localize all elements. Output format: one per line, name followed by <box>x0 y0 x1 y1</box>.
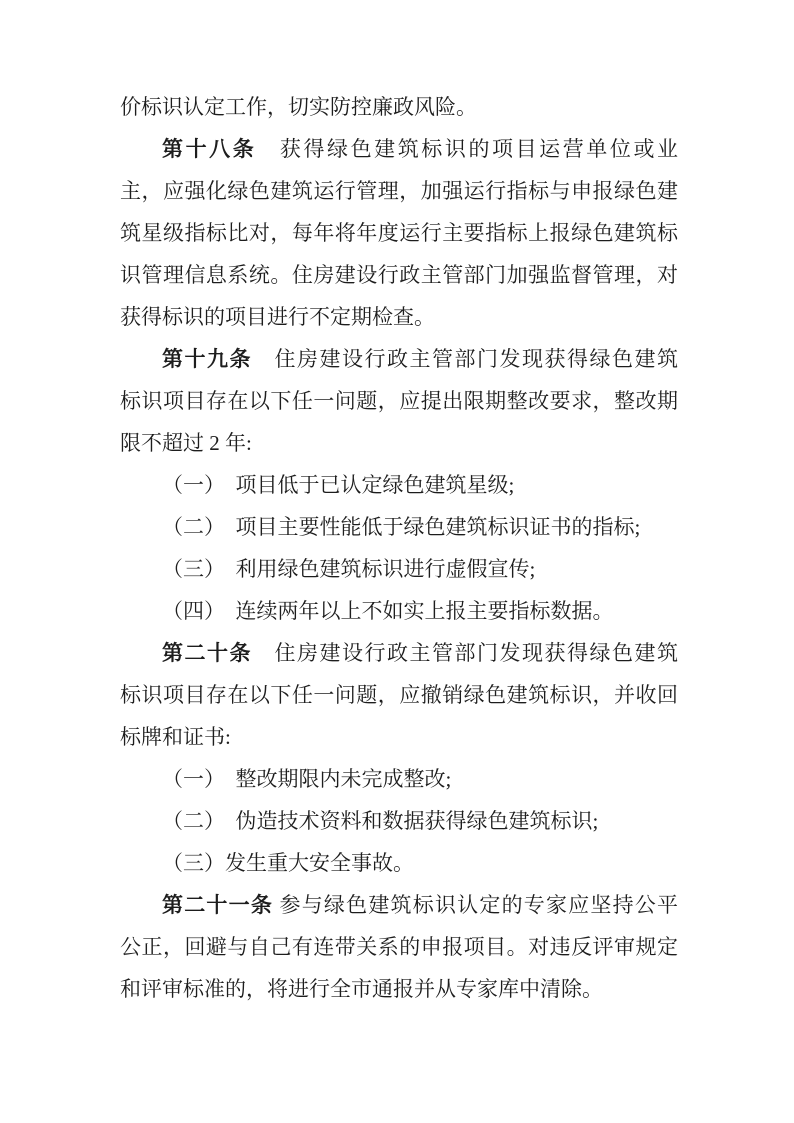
text-line: 第十九条 住房建设行政主管部门发现获得绿色建筑 <box>120 338 678 380</box>
text-line: 获得标识的项目进行不定期检查。 <box>120 296 678 338</box>
text-line: 第二十条 住房建设行政主管部门发现获得绿色建筑 <box>120 632 678 674</box>
text-line: 公正，回避与自己有连带关系的申报项目。对违反评审规定 <box>120 926 678 968</box>
text-line: （三） 利用绿色建筑标识进行虚假宣传; <box>120 548 678 590</box>
text-line: 和评审标准的，将进行全市通报并从专家库中清除。 <box>120 968 678 1010</box>
text-line: （一） 项目低于已认定绿色建筑星级; <box>120 464 678 506</box>
text-line: 标牌和证书: <box>120 716 678 758</box>
text-line: （二） 项目主要性能低于绿色建筑标识证书的指标; <box>120 506 678 548</box>
text-line: 标识项目存在以下任一问题，应提出限期整改要求，整改期 <box>120 380 678 422</box>
article-number-heading: 第十八条 <box>162 137 256 161</box>
text-line: 主，应强化绿色建筑运行管理，加强运行指标与申报绿色建 <box>120 170 678 212</box>
text-line: （四） 连续两年以上不如实上报主要指标数据。 <box>120 590 678 632</box>
article-number-heading: 第十九条 <box>162 347 252 371</box>
text-line: （一） 整改期限内未完成整改; <box>120 758 678 800</box>
text-line: 筑星级指标比对，每年将年度运行主要指标上报绿色建筑标 <box>120 212 678 254</box>
text-line: 第二十一条 参与绿色建筑标识认定的专家应坚持公平 <box>120 884 678 926</box>
document-body: 价标识认定工作，切实防控廉政风险。第十八条 获得绿色建筑标识的项目运营单位或业主… <box>120 86 678 1010</box>
text-line: （三）发生重大安全事故。 <box>120 842 678 884</box>
text-line: 限不超过 2 年: <box>120 422 678 464</box>
article-number-heading: 第二十一条 <box>162 893 273 917</box>
document-page: 价标识认定工作，切实防控廉政风险。第十八条 获得绿色建筑标识的项目运营单位或业主… <box>0 0 794 1123</box>
text-line: 标识项目存在以下任一问题，应撤销绿色建筑标识，并收回 <box>120 674 678 716</box>
text-line: （二） 伪造技术资料和数据获得绿色建筑标识; <box>120 800 678 842</box>
text-line: 第十八条 获得绿色建筑标识的项目运营单位或业 <box>120 128 678 170</box>
text-line: 价标识认定工作，切实防控廉政风险。 <box>120 86 678 128</box>
text-line: 识管理信息系统。住房建设行政主管部门加强监督管理，对 <box>120 254 678 296</box>
article-number-heading: 第二十条 <box>162 641 252 665</box>
